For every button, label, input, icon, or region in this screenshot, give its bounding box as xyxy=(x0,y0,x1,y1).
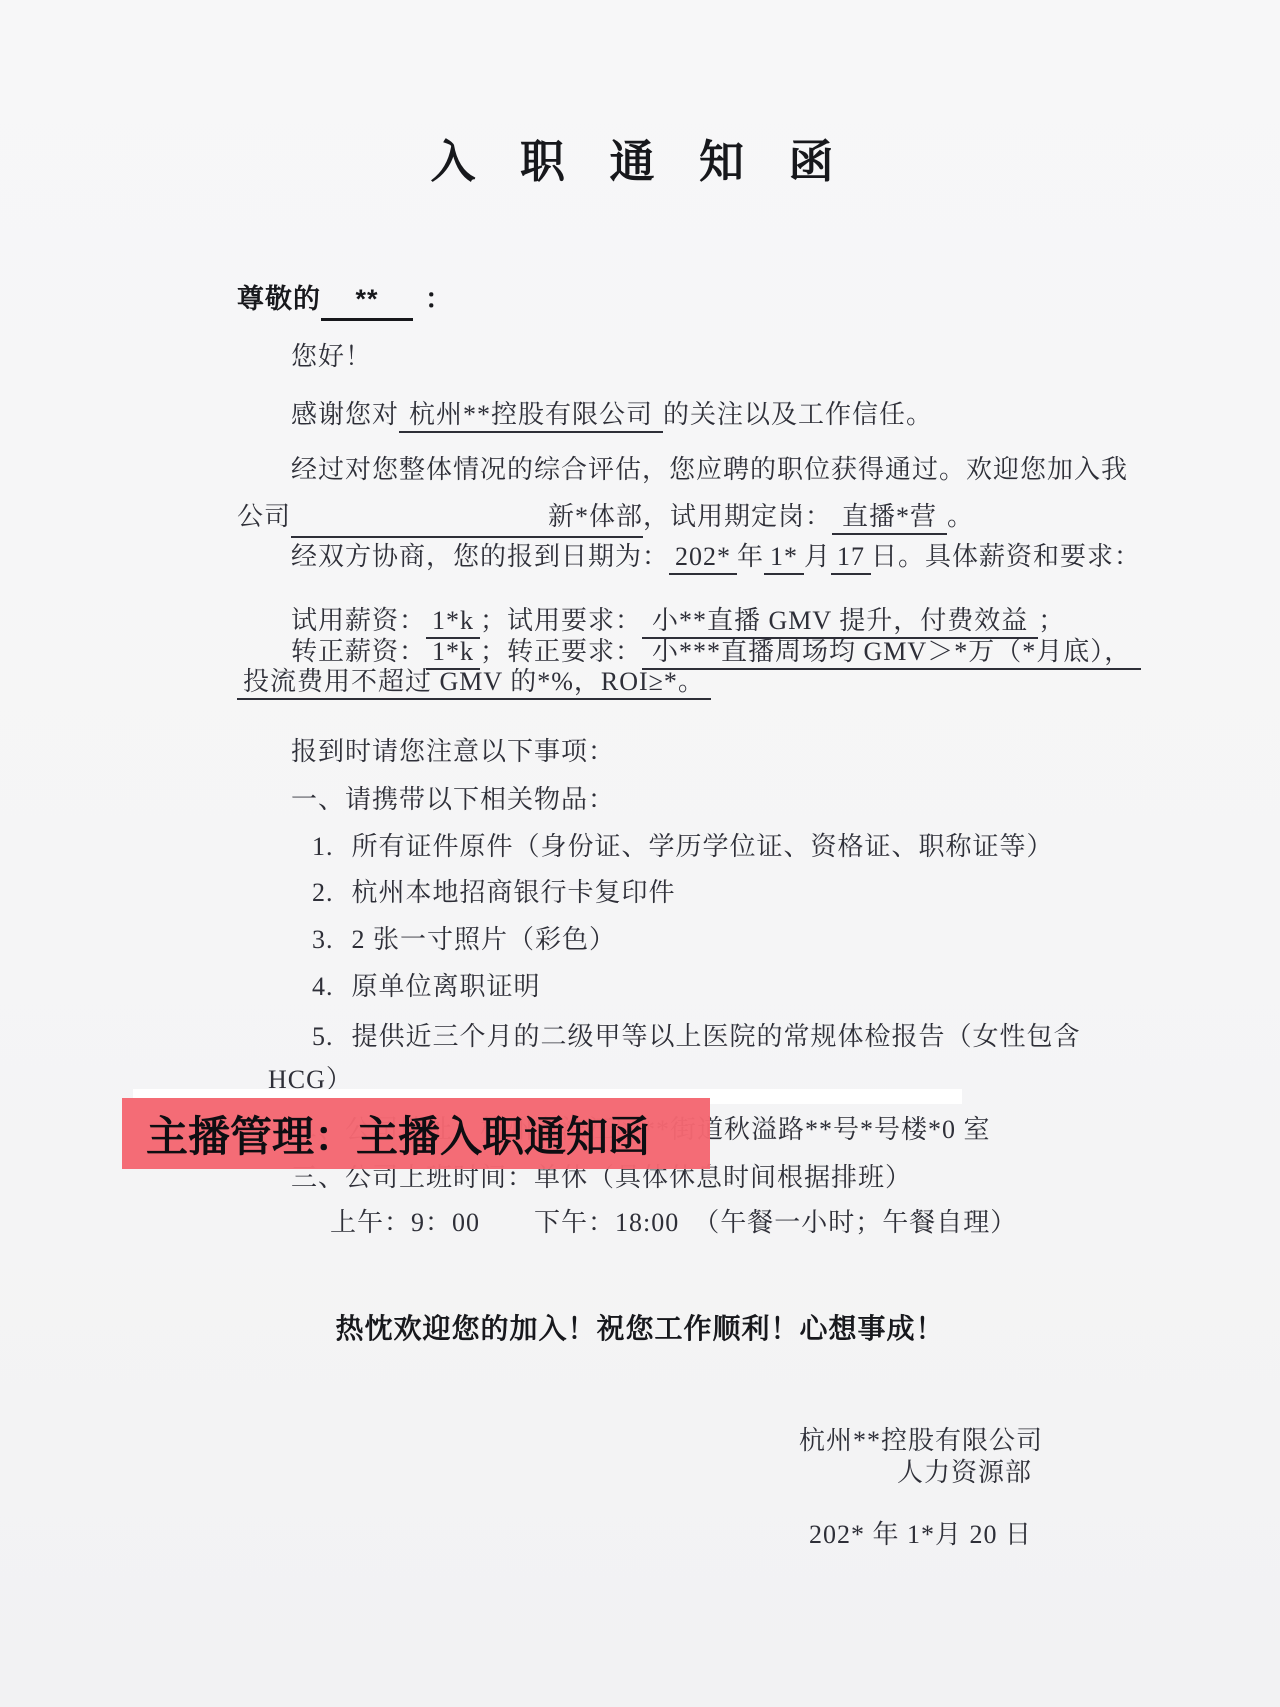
dept-mid: ，试用期定岗： xyxy=(643,502,832,531)
signature-department: 人力资源部 xyxy=(897,1452,1032,1489)
full-salary-line: 转正薪资：1*k；转正要求：小***直播周场均 GMV＞*万（*月底）， xyxy=(291,635,1141,669)
document-title: 入 职 通 知 函 xyxy=(0,136,1280,188)
dept-pre: 公司 xyxy=(237,502,291,531)
item-text: 杭州本地招商银行卡复印件 xyxy=(352,878,676,907)
item-number: 3. xyxy=(312,923,334,957)
date-post: 日。具体薪资和要求： xyxy=(871,542,1141,571)
overlay-banner: 主播管理：主播入职通知函 xyxy=(122,1098,710,1169)
department-blank: 新*体部 xyxy=(291,500,643,538)
item-number: 1. xyxy=(312,830,334,864)
year-unit: 年 xyxy=(737,542,764,571)
thanks-post: 的关注以及工作信任。 xyxy=(663,400,933,429)
full-req-value: 小***直播周场均 GMV＞*万（*月底）， xyxy=(642,637,1141,670)
trial-end: ； xyxy=(1038,606,1065,635)
salutation-colon: ： xyxy=(425,284,453,314)
list-item: 1.所有证件原件（身份证、学历学位证、资格证、职称证等） xyxy=(312,830,1054,864)
company-name-underlined: 杭州**控股有限公司 xyxy=(399,400,663,433)
evaluation-line: 经过对您整体情况的综合评估，您应聘的职位获得通过。欢迎您加入我 xyxy=(291,453,1128,487)
list-item: 4.原单位离职证明 xyxy=(312,970,541,1004)
trial-salary-label: 试用薪资： xyxy=(291,606,426,635)
work-hours-line: 上午：9：00 下午：18:00 （午餐一小时；午餐自理） xyxy=(330,1206,1017,1240)
employment-notice-document: 入 职 通 知 函 尊敬的**： 您好！ 感谢您对杭州**控股有限公司的关注以及… xyxy=(0,0,1280,1707)
item-number: 2. xyxy=(312,876,334,910)
salutation-line: 尊敬的**： xyxy=(237,282,453,321)
report-month: 1* xyxy=(764,542,804,575)
thanks-line: 感谢您对杭州**控股有限公司的关注以及工作信任。 xyxy=(291,398,933,432)
recipient-name-blank: ** xyxy=(321,282,413,321)
month-unit: 月 xyxy=(804,542,831,571)
trial-salary-line: 试用薪资：1*k；试用要求：小**直播 GMV 提升，付费效益； xyxy=(291,604,1065,638)
item-number: 4. xyxy=(312,970,334,1004)
signature-date: 202* 年 1*月 20 日 xyxy=(809,1514,1032,1551)
list-item: 2.杭州本地招商银行卡复印件 xyxy=(312,876,676,910)
item-number: 5. xyxy=(312,1020,334,1054)
greeting-line: 您好！ xyxy=(291,340,372,374)
notice-intro-line: 报到时请您注意以下事项： xyxy=(291,735,615,769)
item-text: 2 张一寸照片（彩色） xyxy=(352,925,617,954)
thanks-pre: 感谢您对 xyxy=(291,400,399,429)
list-item: 5.提供近三个月的二级甲等以上医院的常规体检报告（女性包含 xyxy=(312,1020,1081,1054)
item-text: 所有证件原件（身份证、学历学位证、资格证、职称证等） xyxy=(352,832,1054,861)
full-req-label: ；转正要求： xyxy=(480,637,642,666)
report-date-line: 经双方协商，您的报到日期为：202*年1*月17日。具体薪资和要求： xyxy=(291,540,1141,574)
salutation-prefix: 尊敬的 xyxy=(237,284,321,314)
trial-req-label: ；试用要求： xyxy=(480,606,642,635)
section-1-heading: 一、请携带以下相关物品： xyxy=(291,783,615,817)
dept-end: 。 xyxy=(947,502,974,531)
overlay-banner-text: 主播管理：主播入职通知函 xyxy=(146,1104,650,1164)
roi-requirement-underlined: 投流费用不超过 GMV 的*%，ROI≥*。 xyxy=(237,667,711,700)
department-line: 公司新*体部，试用期定岗：直播*营。 xyxy=(237,500,974,538)
report-year: 202* xyxy=(669,542,737,575)
salary-continuation-line: 投流费用不超过 GMV 的*%，ROI≥*。 xyxy=(237,665,711,699)
closing-wish-line: 热忱欢迎您的加入！祝您工作顺利！心想事成！ xyxy=(0,1312,1280,1346)
item-text: 提供近三个月的二级甲等以上医院的常规体检报告（女性包含 xyxy=(352,1022,1081,1051)
list-item: 3.2 张一寸照片（彩色） xyxy=(312,923,616,957)
role-underlined: 直播*营 xyxy=(832,502,947,535)
item-text: 原单位离职证明 xyxy=(352,972,541,1001)
report-day: 17 xyxy=(831,542,871,575)
date-pre: 经双方协商，您的报到日期为： xyxy=(291,542,669,571)
full-salary-label: 转正薪资： xyxy=(291,637,426,666)
